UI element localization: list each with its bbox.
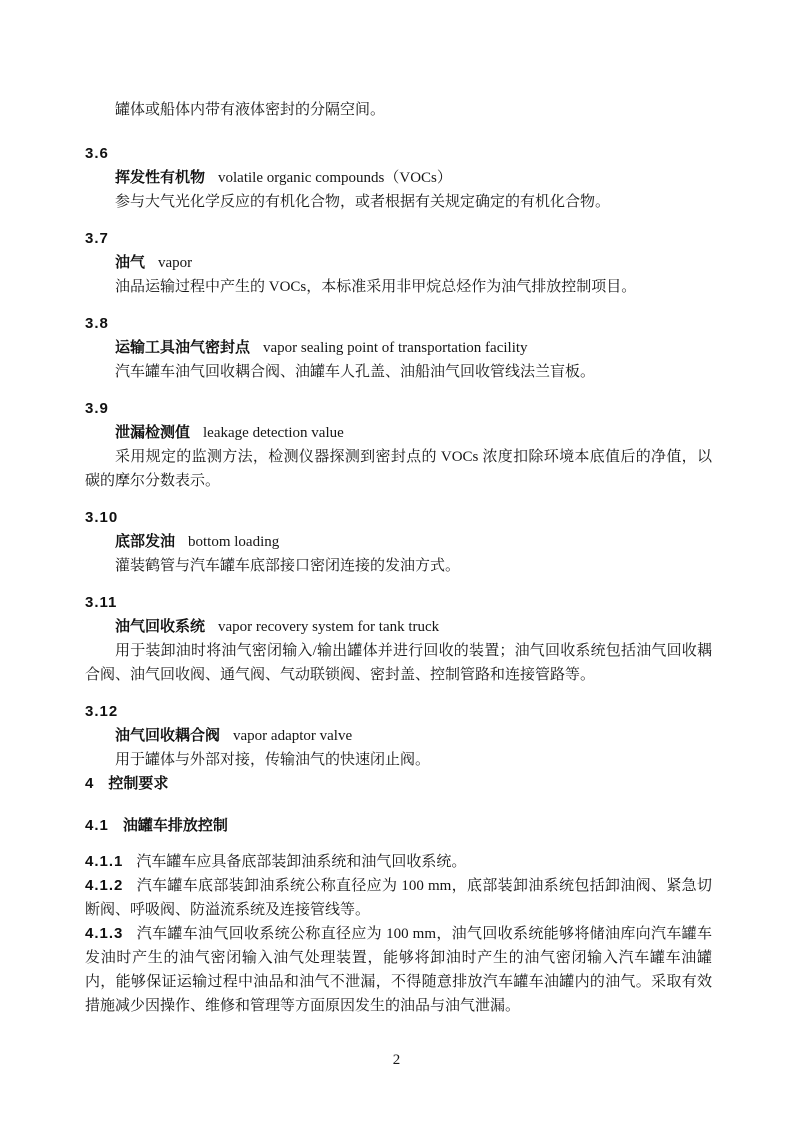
- def-term-en: leakage detection value: [203, 425, 344, 441]
- def-term-line: 油气vapor: [85, 251, 712, 275]
- def-term: 运输工具油气密封点: [115, 339, 250, 356]
- clause-list: 4.1.1汽车罐车应具备底部装卸油系统和油气回收系统。 4.1.2汽车罐车底部装…: [85, 850, 712, 1018]
- clause-4-1-3: 4.1.3汽车罐车油气回收系统公称直径应为 100 mm，油气回收系统能够将储油…: [85, 922, 712, 1018]
- clause-number: 4.1.3: [85, 925, 123, 942]
- def-body: 采用规定的监测方法，检测仪器探测到密封点的 VOCs 浓度扣除环境本底值后的净值…: [85, 445, 712, 493]
- def-term-en: vapor sealing point of transportation fa…: [263, 340, 528, 356]
- def-number: 3.7: [85, 227, 712, 251]
- definition-3-8: 3.8 运输工具油气密封点vapor sealing point of tran…: [85, 312, 712, 384]
- def-term: 油气回收系统: [115, 618, 205, 635]
- def-body: 汽车罐车油气回收耦合阀、油罐车人孔盖、油船油气回收管线法兰盲板。: [85, 360, 712, 384]
- def-number: 3.11: [85, 591, 712, 615]
- page-number: 2: [0, 1048, 793, 1072]
- section-4-1-title: 油罐车排放控制: [123, 817, 228, 834]
- def-body: 灌装鹤管与汽车罐车底部接口密闭连接的发油方式。: [85, 554, 712, 578]
- def-term-en: volatile organic compounds（VOCs）: [218, 170, 452, 186]
- clause-text: 汽车罐车应具备底部装卸油系统和油气回收系统。: [136, 854, 466, 870]
- definition-3-11: 3.11 油气回收系统vapor recovery system for tan…: [85, 591, 712, 687]
- definition-3-12: 3.12 油气回收耦合阀vapor adaptor valve 用于罐体与外部对…: [85, 700, 712, 772]
- definition-3-10: 3.10 底部发油bottom loading 灌装鹤管与汽车罐车底部接口密闭连…: [85, 506, 712, 578]
- def-number: 3.12: [85, 700, 712, 724]
- clause-number: 4.1.1: [85, 853, 123, 870]
- def-term-line: 底部发油bottom loading: [85, 530, 712, 554]
- clause-4-1-1: 4.1.1汽车罐车应具备底部装卸油系统和油气回收系统。: [85, 850, 712, 874]
- def-body: 参与大气光化学反应的有机化合物，或者根据有关规定确定的有机化合物。: [85, 190, 712, 214]
- def-term-en: vapor: [158, 255, 192, 271]
- def-term: 泄漏检测值: [115, 424, 190, 441]
- clause-number: 4.1.2: [85, 877, 123, 894]
- def-term: 挥发性有机物: [115, 169, 205, 186]
- def-body: 油品运输过程中产生的 VOCs，本标准采用非甲烷总烃作为油气排放控制项目。: [85, 275, 712, 299]
- def-term-line: 运输工具油气密封点vapor sealing point of transpor…: [85, 336, 712, 360]
- def-body: 用于装卸油时将油气密闭输入/输出罐体并进行回收的装置；油气回收系统包括油气回收耦…: [85, 639, 712, 687]
- def-term-en: vapor adaptor valve: [233, 728, 352, 744]
- clause-text: 汽车罐车油气回收系统公称直径应为 100 mm，油气回收系统能够将储油库向汽车罐…: [85, 926, 712, 1014]
- definition-3-7: 3.7 油气vapor 油品运输过程中产生的 VOCs，本标准采用非甲烷总烃作为…: [85, 227, 712, 299]
- definition-3-9: 3.9 泄漏检测值leakage detection value 采用规定的监测…: [85, 397, 712, 493]
- document-page: 罐体或船体内带有液体密封的分隔空间。 3.6 挥发性有机物volatile or…: [0, 0, 793, 1122]
- def-term-line: 挥发性有机物volatile organic compounds（VOCs）: [85, 166, 712, 190]
- def-number: 3.9: [85, 397, 712, 421]
- section-4-number: 4: [85, 775, 94, 792]
- def-number: 3.10: [85, 506, 712, 530]
- def-term-en: vapor recovery system for tank truck: [218, 619, 439, 635]
- def-term-line: 油气回收系统vapor recovery system for tank tru…: [85, 615, 712, 639]
- clause-text: 汽车罐车底部装卸油系统公称直径应为 100 mm，底部装卸油系统包括卸油阀、紧急…: [85, 878, 712, 918]
- def-term-line: 油气回收耦合阀vapor adaptor valve: [85, 724, 712, 748]
- def-term-en: bottom loading: [188, 534, 279, 550]
- section-4-1-number: 4.1: [85, 817, 109, 834]
- intro-paragraph: 罐体或船体内带有液体密封的分隔空间。: [85, 98, 712, 122]
- def-term: 油气回收耦合阀: [115, 727, 220, 744]
- section-4-heading: 4控制要求: [85, 772, 712, 796]
- def-term: 油气: [115, 254, 145, 271]
- def-number: 3.6: [85, 142, 712, 166]
- def-number: 3.8: [85, 312, 712, 336]
- def-body: 用于罐体与外部对接，传输油气的快速闭止阀。: [85, 748, 712, 772]
- section-4-1-heading: 4.1油罐车排放控制: [85, 814, 712, 838]
- def-term: 底部发油: [115, 533, 175, 550]
- definition-3-6: 3.6 挥发性有机物volatile organic compounds（VOC…: [85, 142, 712, 214]
- section-4-title: 控制要求: [108, 775, 168, 792]
- def-term-line: 泄漏检测值leakage detection value: [85, 421, 712, 445]
- clause-4-1-2: 4.1.2汽车罐车底部装卸油系统公称直径应为 100 mm，底部装卸油系统包括卸…: [85, 874, 712, 922]
